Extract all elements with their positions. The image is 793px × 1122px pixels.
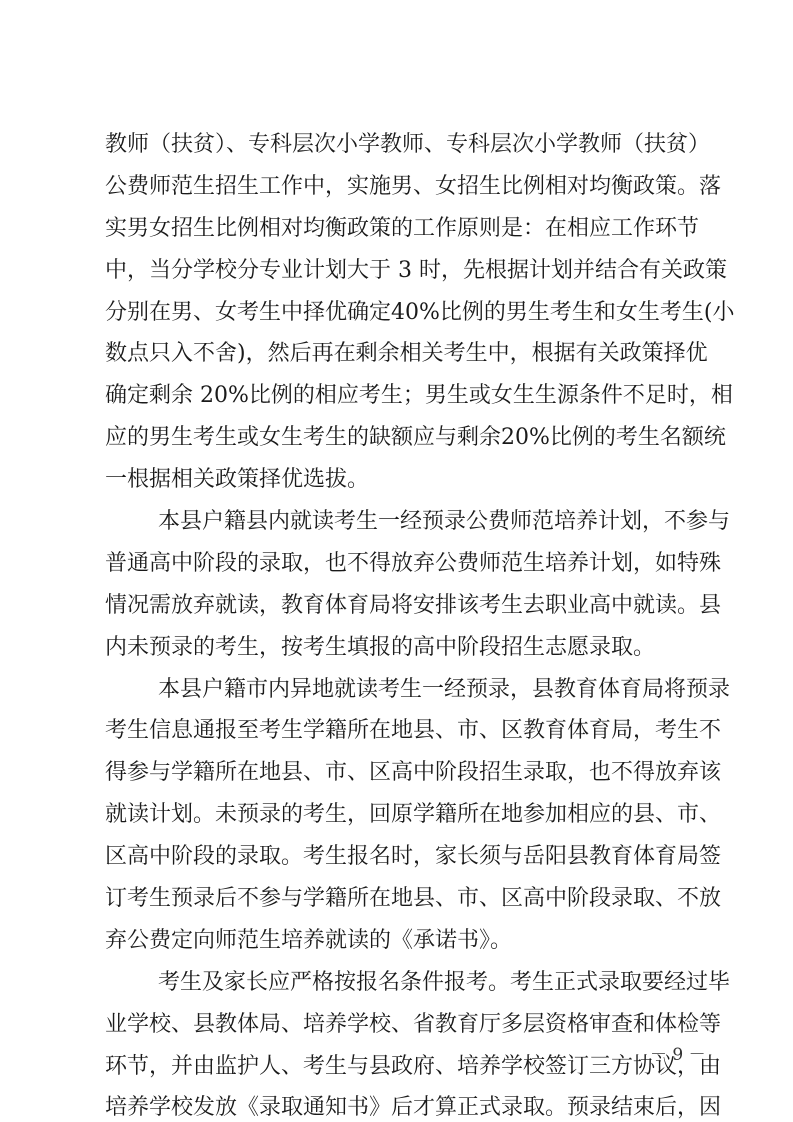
paragraph-admission-procedure: 考生及家长应严格按报名条件报考。考生正式录取要经过毕 业学校、县教体局、培养学校… [105, 962, 693, 1122]
text-line: 考生及家长应严格按报名条件报考。考生正式录取要经过毕 [105, 962, 693, 1004]
paragraph-nonlocal-students: 本县户籍市内异地就读考生一经预录，县教育体育局将预录 考生信息通报至考生学籍所在… [105, 669, 693, 962]
text-line: 确定剩余 20%比例的相应考生；男生或女生生源条件不足时，相 [105, 375, 693, 417]
text-line: 区高中阶段的录取。考生报名时，家长须与岳阳县教育体育局签 [105, 836, 693, 878]
text-line: 考生信息通报至考生学籍所在地县、市、区教育体育局，考生不 [105, 710, 693, 752]
text-line: 就读计划。未预录的考生，回原学籍所在地参加相应的县、市、 [105, 794, 693, 836]
text-line: 弃公费定向师范生培养就读的《承诺书》。 [105, 920, 693, 962]
text-line: 内未预录的考生，按考生填报的高中阶段招生志愿录取。 [105, 627, 693, 669]
text-line: 业学校、县教体局、培养学校、省教育厅多层资格审查和体检等 [105, 1004, 693, 1046]
text-line: 本县户籍县内就读考生一经预录公费师范培养计划，不参与 [105, 501, 693, 543]
body-text: 教师（扶贫）、专科层次小学教师、专科层次小学教师（扶贫） 公费师范生招生工作中，… [105, 124, 693, 1122]
text-line: 情况需放弃就读，教育体育局将安排该考生去职业高中就读。县 [105, 585, 693, 627]
text-line: 公费师范生招生工作中，实施男、女招生比例相对均衡政策。落 [105, 166, 693, 208]
text-line: 普通高中阶段的录取，也不得放弃公费师范生培养计划，如特殊 [105, 543, 693, 585]
text-line: 实男女招生比例相对均衡政策的工作原则是：在相应工作环节 [105, 208, 693, 250]
text-line: 本县户籍市内异地就读考生一经预录，县教育体育局将预录 [105, 669, 693, 711]
text-line: 中，当分学校分专业计划大于 3 时，先根据计划并结合有关政策 [105, 250, 693, 292]
document-page: 教师（扶贫）、专科层次小学教师、专科层次小学教师（扶贫） 公费师范生招生工作中，… [0, 0, 793, 1122]
text-line: 数点只入不舍)，然后再在剩余相关考生中，根据有关政策择优 [105, 333, 693, 375]
text-line: 培养学校发放《录取通知书》后才算正式录取。预录结束后，因 [105, 1087, 693, 1122]
paragraph-local-students: 本县户籍县内就读考生一经预录公费师范培养计划，不参与 普通高中阶段的录取，也不得… [105, 501, 693, 669]
text-line: 得参与学籍所在地县、市、区高中阶段招生录取，也不得放弃该 [105, 752, 693, 794]
text-line: 环节，并由监护人、考生与县政府、培养学校签订三方协议，由 [105, 1046, 693, 1088]
text-line: 应的男生考生或女生考生的缺额应与剩余20%比例的考生名额统 [105, 417, 693, 459]
text-line: 一根据相关政策择优选拔。 [105, 459, 693, 501]
text-line: 分别在男、女考生中择优确定40%比例的男生考生和女生考生(小 [105, 292, 693, 334]
text-line: 教师（扶贫）、专科层次小学教师、专科层次小学教师（扶贫） [105, 124, 693, 166]
paragraph-gender-balance: 教师（扶贫）、专科层次小学教师、专科层次小学教师（扶贫） 公费师范生招生工作中，… [105, 124, 693, 501]
text-line: 订考生预录后不参与学籍所在地县、市、区高中阶段录取、不放 [105, 878, 693, 920]
page-number: － 9 － [650, 1040, 706, 1065]
